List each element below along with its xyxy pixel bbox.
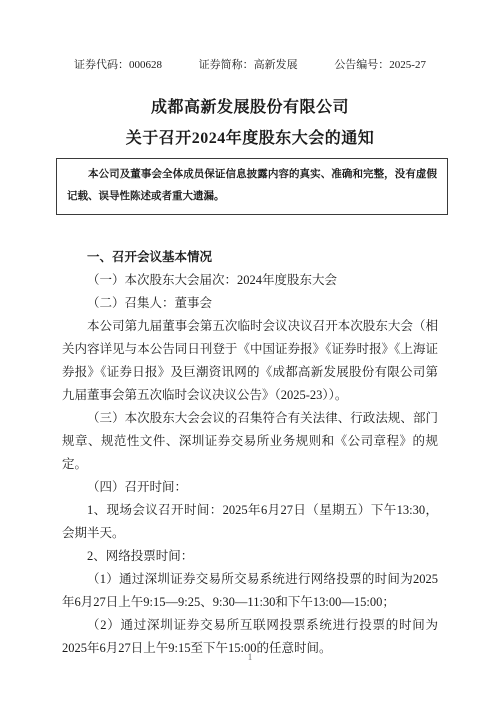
paragraph-convener: （二）召集人：董事会 — [62, 292, 438, 315]
paragraph-legal-compliance: （三）本次股东大会会议的召集符合有关法律、行政法规、部门规章、规范性文件、深圳证… — [62, 407, 438, 476]
announcement-number: 公告编号：2025-27 — [334, 56, 426, 72]
stock-short-name: 证券简称：高新发展 — [199, 56, 298, 72]
disclaimer-box: 本公司及董事会全体成员保证信息披露内容的真实、准确和完整，没有虚假记载、误导性陈… — [56, 158, 448, 215]
paragraph-online-voting-label: 2、网络投票时间： — [62, 545, 438, 568]
paragraph-trading-system-voting-time: （1）通过深圳证券交易所交易系统进行网络投票的时间为2025年6月27日上午9:… — [62, 568, 438, 614]
document-header: 证券代码：000628 证券简称：高新发展 公告编号：2025-27 — [62, 56, 438, 72]
document-title-block: 成都高新发展股份有限公司 关于召开2024年度股东大会的通知 — [0, 92, 500, 154]
document-page: 证券代码：000628 证券简称：高新发展 公告编号：2025-27 成都高新发… — [0, 0, 500, 707]
company-name-title: 成都高新发展股份有限公司 — [0, 92, 500, 123]
paragraph-meeting-time-label: （四）召开时间： — [62, 476, 438, 499]
document-body: 一、召开会议基本情况 （一）本次股东大会届次：2024年度股东大会 （二）召集人… — [62, 246, 438, 660]
paragraph-onsite-meeting-time: 1、现场会议召开时间：2025年6月27日（星期五）下午13:30，会期半天。 — [62, 499, 438, 545]
paragraph-meeting-session: （一）本次股东大会届次：2024年度股东大会 — [62, 269, 438, 292]
paragraph-board-resolution: 本公司第九届董事会第五次临时会议决议召开本次股东大会（相关内容详见与本公告同日刊… — [62, 315, 438, 407]
notice-title: 关于召开2024年度股东大会的通知 — [0, 123, 500, 154]
section-heading-meeting-basics: 一、召开会议基本情况 — [62, 246, 438, 269]
stock-code: 证券代码：000628 — [74, 56, 162, 72]
disclaimer-text: 本公司及董事会全体成员保证信息披露内容的真实、准确和完整，没有虚假记载、误导性陈… — [67, 164, 437, 208]
page-number: 1 — [0, 650, 500, 664]
